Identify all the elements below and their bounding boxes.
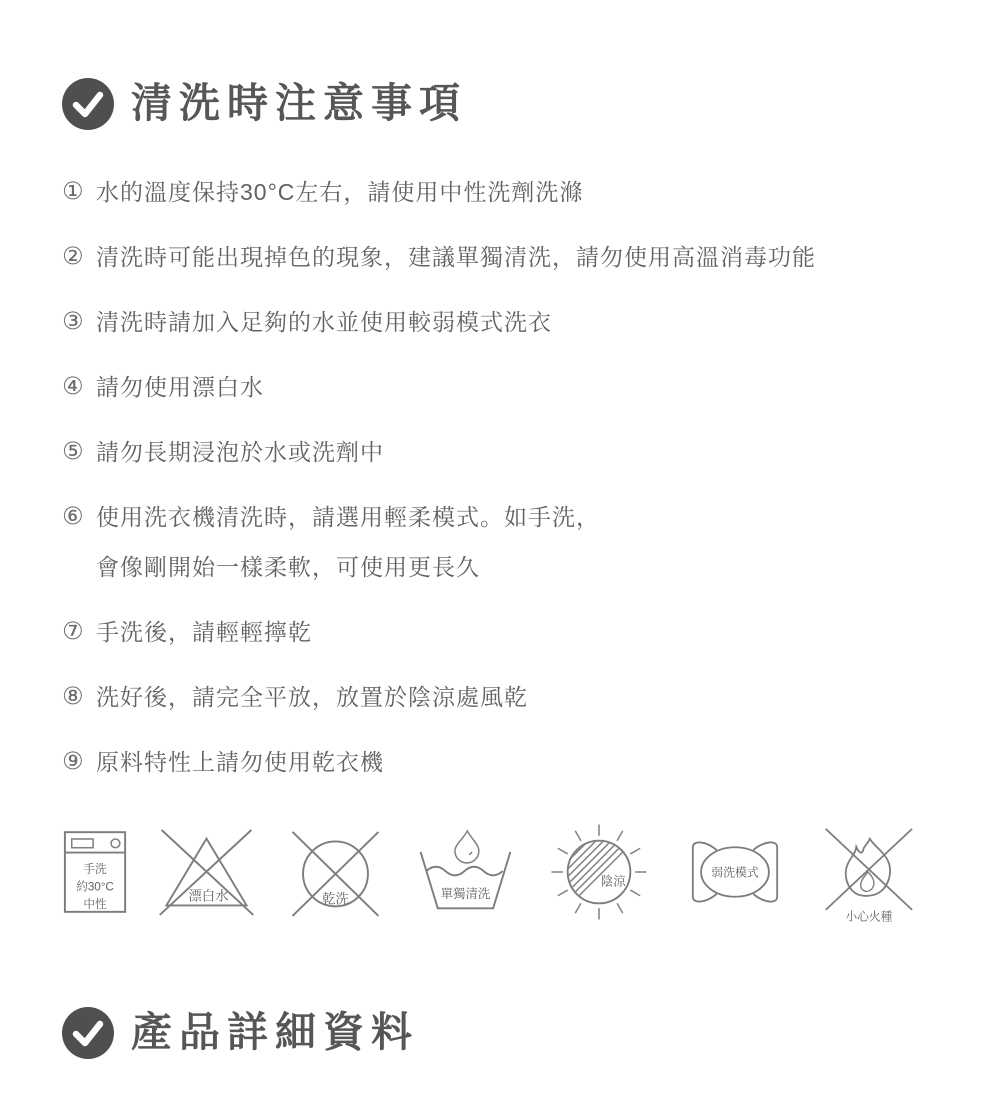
- note-number: ⑨: [62, 748, 96, 776]
- care-note-5: ⑤ 請勿長期浸泡於水或洗劑中: [62, 438, 960, 466]
- no-fire-icon: 小心火種: [814, 815, 922, 930]
- care-note-9: ⑨ 原料特性上請勿使用乾衣機: [62, 748, 960, 776]
- note-text-line2: 會像剛開始一樣柔軟，可使用更長久: [96, 553, 960, 581]
- care-note-8: ⑧ 洗好後，請完全平放，放置於陰涼處風乾: [62, 683, 960, 711]
- handwash-30c-neutral-icon: 手洗 約30°C 中性: [62, 825, 130, 920]
- note-number: ⑥: [62, 503, 96, 581]
- care-instructions-page: 清洗時注意事項 ① 水的溫度保持30°C左右，請使用中性洗劑洗滌 ② 清洗時可能…: [0, 0, 1000, 1112]
- gentle-wash-mode-icon: 弱洗模式: [680, 832, 790, 912]
- section-header-product-details: 產品詳細資料: [62, 1007, 960, 1059]
- washer-label-line2: 約30°C: [76, 880, 114, 893]
- check-circle-icon: [62, 1007, 114, 1059]
- note-number: ⑦: [62, 618, 96, 646]
- note-text: 原料特性上請勿使用乾衣機: [96, 748, 960, 776]
- note-text: 清洗時請加入足夠的水並使用較弱模式洗衣: [96, 308, 960, 336]
- care-note-1: ① 水的溫度保持30°C左右，請使用中性洗劑洗滌: [62, 178, 960, 206]
- note-number: ⑧: [62, 683, 96, 711]
- care-note-7: ⑦ 手洗後，請輕輕擰乾: [62, 618, 960, 646]
- dry-in-shade-icon: 陰涼: [542, 813, 656, 931]
- note-number: ③: [62, 308, 96, 336]
- note-text: 手洗後，請輕輕擰乾: [96, 618, 960, 646]
- note-number: ⑤: [62, 438, 96, 466]
- note-number: ①: [62, 178, 96, 206]
- sun-rays: [551, 825, 646, 920]
- check-circle-icon: [62, 78, 114, 130]
- note-text: 請勿長期浸泡於水或洗劑中: [96, 438, 960, 466]
- care-note-2: ② 清洗時可能出現掉色的現象，建議單獨清洗，請勿使用高溫消毒功能: [62, 243, 960, 271]
- care-note-6: ⑥ 使用洗衣機清洗時，請選用輕柔模式。如手洗， 會像剛開始一樣柔軟，可使用更長久: [62, 503, 960, 581]
- washer-label-line3: 中性: [83, 896, 107, 910]
- section-title-product-details: 產品詳細資料: [131, 1008, 419, 1057]
- wash-separately-icon: 單獨清洗: [412, 822, 517, 922]
- note-text: 使用洗衣機清洗時，請選用輕柔模式。如手洗，: [96, 503, 960, 531]
- note-text: 請勿使用漂白水: [96, 373, 960, 401]
- section-header-washing: 清洗時注意事項: [62, 78, 960, 130]
- washer-label-line1: 手洗: [83, 861, 107, 875]
- care-symbols-row: 手洗 約30°C 中性 漂白水 乾洗: [62, 813, 922, 931]
- note-text: 洗好後，請完全平放，放置於陰涼處風乾: [96, 683, 960, 711]
- no-dryclean-icon: 乾洗: [283, 822, 388, 922]
- care-notes-list: ① 水的溫度保持30°C左右，請使用中性洗劑洗滌 ② 清洗時可能出現掉色的現象，…: [62, 178, 960, 776]
- no-dryclean-label: 乾洗: [322, 891, 349, 907]
- no-bleach-icon: 漂白水: [154, 822, 259, 922]
- no-bleach-label: 漂白水: [189, 888, 229, 904]
- note-text: 水的溫度保持30°C左右，請使用中性洗劑洗滌: [96, 178, 960, 206]
- note-number: ②: [62, 243, 96, 271]
- note-number: ④: [62, 373, 96, 401]
- dry-in-shade-label: 陰涼: [601, 873, 626, 888]
- care-note-4: ④ 請勿使用漂白水: [62, 373, 960, 401]
- section-title-washing: 清洗時注意事項: [131, 79, 467, 128]
- wash-separately-label: 單獨清洗: [441, 886, 491, 901]
- gentle-wash-mode-label: 弱洗模式: [711, 866, 759, 880]
- note-text: 清洗時可能出現掉色的現象，建議單獨清洗，請勿使用高溫消毒功能: [96, 243, 960, 271]
- care-note-3: ③ 清洗時請加入足夠的水並使用較弱模式洗衣: [62, 308, 960, 336]
- no-fire-label: 小心火種: [845, 909, 892, 923]
